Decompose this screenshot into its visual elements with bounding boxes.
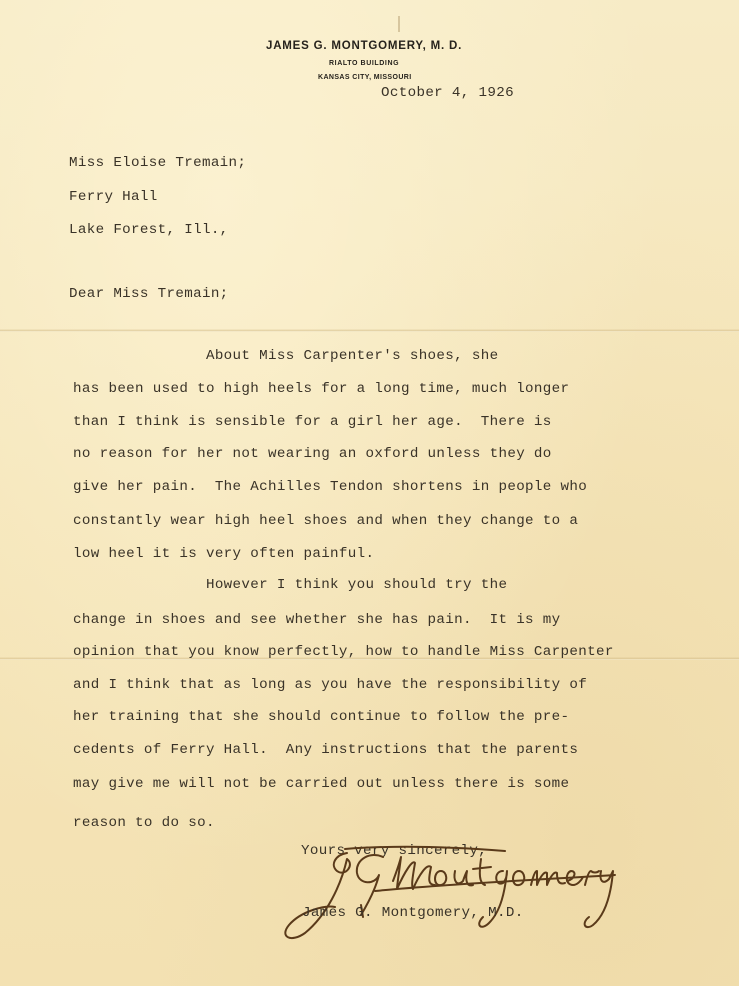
letter-date: October 4, 1926	[381, 85, 514, 101]
body-line: opinion that you know perfectly, how to …	[73, 644, 614, 660]
body-line: give her pain. The Achilles Tendon short…	[73, 479, 587, 495]
body-line: constantly wear high heel shoes and when…	[73, 513, 578, 529]
body-line: no reason for her not wearing an oxford …	[73, 446, 552, 462]
letterhead-building: RIALTO BUILDING	[329, 60, 399, 67]
letterhead-city: KANSAS CITY, MISSOURI	[318, 74, 412, 81]
body-line: About Miss Carpenter's shoes, she	[73, 348, 498, 364]
body-line: reason to do so.	[73, 815, 215, 831]
body-line: However I think you should try the	[73, 577, 507, 593]
body-line: may give me will not be carried out unle…	[73, 776, 569, 792]
handwritten-signature	[275, 845, 625, 945]
body-line: change in shoes and see whether she has …	[73, 612, 561, 628]
body-line: her training that she should continue to…	[73, 709, 569, 725]
recipient-institution: Ferry Hall	[69, 189, 158, 205]
body-line: cedents of Ferry Hall. Any instructions …	[73, 742, 578, 758]
body-line: than I think is sensible for a girl her …	[73, 414, 552, 430]
body-line: has been used to high heels for a long t…	[73, 381, 569, 397]
recipient-city: Lake Forest, Ill.,	[69, 222, 229, 238]
typed-signature-name: James G. Montgomery, M.D.	[302, 905, 524, 921]
fold-line	[0, 329, 739, 332]
paper-mark	[398, 16, 400, 32]
letterhead-name: JAMES G. MONTGOMERY, M. D.	[266, 40, 462, 52]
recipient-name: Miss Eloise Tremain;	[69, 155, 246, 171]
body-line: and I think that as long as you have the…	[73, 677, 587, 693]
salutation: Dear Miss Tremain;	[69, 286, 229, 302]
body-line: low heel it is very often painful.	[73, 546, 374, 562]
letter-page: JAMES G. MONTGOMERY, M. D. RIALTO BUILDI…	[0, 0, 739, 986]
